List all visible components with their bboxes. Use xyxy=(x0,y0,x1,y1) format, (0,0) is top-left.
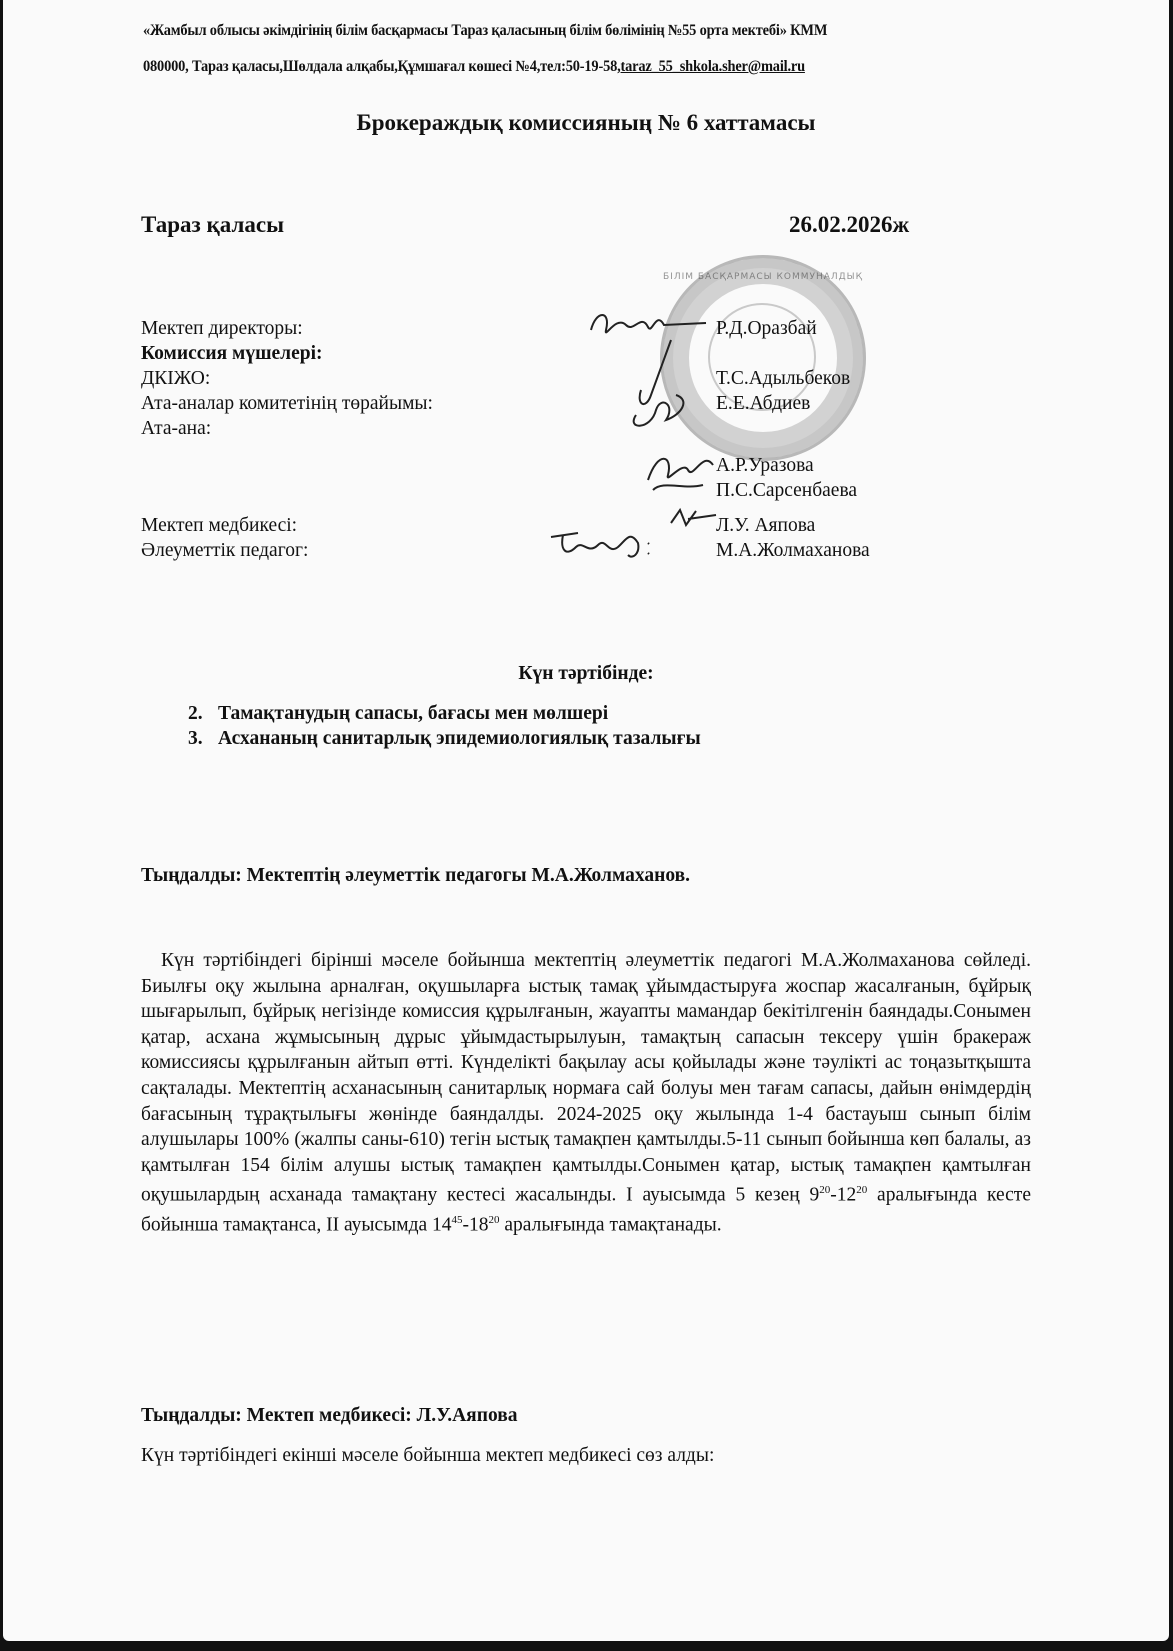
role-commission-members: Комиссия мүшелері: xyxy=(141,343,323,365)
paragraph-text: Күн тәртібіндегі бірінші мәселе бойынша … xyxy=(141,950,1031,1206)
name-parent-1: А.Р.Уразова xyxy=(716,455,814,477)
role-dkizho: ДКІЖО: xyxy=(141,368,210,390)
document-page: «Жамбыл облысы әкімдігінің білім басқарм… xyxy=(3,0,1169,1641)
address-line: 080000, Тараз қаласы,Шөлдала алқабы,Құмш… xyxy=(143,58,805,76)
role-social-pedagogue: Әлеуметтік педагог: xyxy=(141,540,308,562)
agenda-item: 3.Асхананың санитарлық эпидемиологиялық … xyxy=(188,728,701,750)
address-text: 080000, Тараз қаласы,Шөлдала алқабы,Құмш… xyxy=(143,58,621,75)
report-paragraph: Күн тәртібіндегі бірінші мәселе бойынша … xyxy=(141,948,1031,1239)
agenda-item-number: 2. xyxy=(188,703,218,725)
agenda-item-text: Тамақтанудың сапасы, бағасы мен мөлшері xyxy=(218,703,608,724)
role-parent-committee-chair: Ата-аналар комитетінің төрайымы: xyxy=(141,393,433,415)
time-superscript: 20 xyxy=(489,1214,500,1226)
email-link[interactable]: taraz_55_shkola.sher@mail.ru xyxy=(621,58,805,75)
heard-social-pedagogue: Тыңдалды: Мектептің әлеуметтік педагогы … xyxy=(141,865,690,887)
place: Тараз қаласы xyxy=(141,212,284,238)
role-director: Мектеп директоры: xyxy=(141,318,303,340)
time-superscript: 20 xyxy=(819,1184,830,1196)
name-parent-committee-chair: Е.Е.Абдиев xyxy=(716,393,810,415)
agenda-item-text: Асхананың санитарлық эпидемиологиялық та… xyxy=(218,728,701,749)
name-social-pedagogue: М.А.Жолмаханова xyxy=(716,540,870,562)
paragraph-text: аралығында тамақтанады. xyxy=(500,1215,722,1236)
name-school-nurse: Л.У. Аяпова xyxy=(716,515,815,537)
time-superscript: 45 xyxy=(452,1214,463,1226)
time-superscript: 20 xyxy=(856,1184,867,1196)
agenda-title: Күн тәртібінде: xyxy=(3,663,1169,685)
second-issue-intro: Күн тәртібіндегі екінші мәселе бойынша м… xyxy=(141,1445,714,1467)
name-director: Р.Д.Оразбай xyxy=(716,318,817,340)
agenda-item: 2.Тамақтанудың сапасы, бағасы мен мөлшер… xyxy=(188,703,608,725)
paragraph-text: -18 xyxy=(463,1215,489,1236)
signature-social-pedagogue xyxy=(548,525,658,565)
organization-header: «Жамбыл облысы әкімдігінің білім басқарм… xyxy=(143,22,827,40)
signature-parent-1 xyxy=(643,440,718,495)
name-dkizho: Т.С.Адыльбеков xyxy=(716,368,850,390)
role-school-nurse: Мектеп медбикесі: xyxy=(141,515,297,537)
stamp-text: БІЛІМ БАСҚАРМАСЫ КОММУНАЛДЫҚ xyxy=(663,272,863,282)
agenda-item-number: 3. xyxy=(188,728,218,750)
signature-nurse xyxy=(668,505,718,530)
name-parent-2: П.С.Сарсенбаева xyxy=(716,480,857,502)
signature-dkizho xyxy=(621,335,701,435)
paragraph-text: -12 xyxy=(830,1185,856,1206)
date: 26.02.2026ж xyxy=(789,212,909,238)
role-parent: Ата-ана: xyxy=(141,418,211,440)
document-title: Брокераждық комиссияның № 6 хаттамасы xyxy=(3,110,1169,136)
heard-school-nurse: Тыңдалды: Мектеп медбикесі: Л.У.Аяпова xyxy=(141,1405,518,1427)
